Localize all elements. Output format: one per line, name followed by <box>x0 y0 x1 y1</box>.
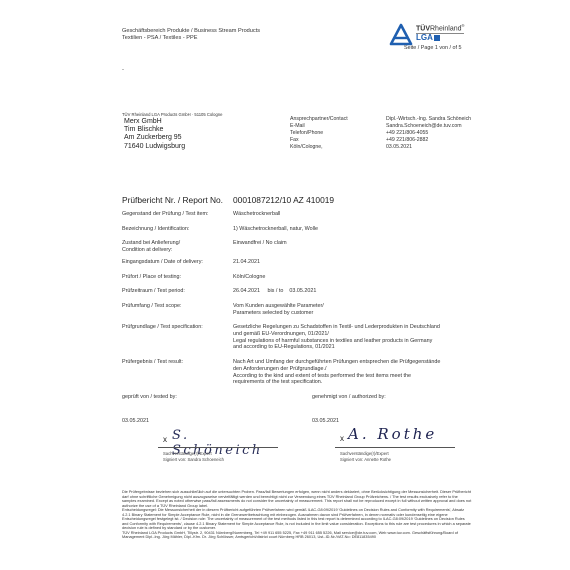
recipient-company: Merx GmbH <box>124 118 185 126</box>
contact-block: Ansprechpartner/Contact Dipl.-Wirtsch.-I… <box>290 116 570 156</box>
field-value: Köln/Cologne <box>233 274 503 281</box>
authorized-signature-line <box>335 447 455 448</box>
contact-date-row: Köln/Cologne, 03.05.2021 <box>290 144 570 151</box>
business-stream-header: Geschäftsbereich Produkte / Business Str… <box>122 28 260 42</box>
brand-bold: TÜV <box>416 25 430 32</box>
recipient-address: Merx GmbH Tim Blischke Am Zuckerberg 95 … <box>124 118 185 151</box>
field-label: Bezeichnung / Identification: <box>122 226 227 233</box>
recipient-person: Tim Blischke <box>124 126 185 134</box>
legal-fine-print: Die Prüfergebnisse beziehen sich ausschl… <box>122 490 472 540</box>
field-label: Prüfort / Place of testing: <box>122 274 227 281</box>
contact-person-row: Ansprechpartner/Contact Dipl.-Wirtsch.-I… <box>290 116 570 123</box>
field-label: Gegenstand der Prüfung / Test item: <box>122 211 227 218</box>
tested-signature-line <box>158 447 278 448</box>
email-link[interactable]: Sandra.Schoeneich@de.tuv.com <box>386 123 570 130</box>
field-label: Eingangsdatum / Date of delivery: <box>122 259 227 266</box>
brand-rest: Rheinland <box>430 25 462 32</box>
contact-fax-row: Fax +49 221/806-2882 <box>290 137 570 144</box>
tested-caption: Sachverständige(r)/Expert Signiert von: … <box>163 451 224 463</box>
authorized-date: 03.05.2021 <box>312 418 339 424</box>
field-value: Nach Art und Umfang der durchgeführten P… <box>233 359 533 386</box>
field-value: Vom Kunden ausgewählte Parameter/ Parame… <box>233 303 503 317</box>
report-title: Prüfbericht Nr. / Report No. <box>122 195 223 205</box>
field-label: Zustand bei Anlieferung/ Condition at de… <box>122 240 227 254</box>
field-label: Prüfergebnis / Test result: <box>122 359 227 366</box>
fax-label: Fax <box>290 137 380 144</box>
header-dash: - <box>122 67 124 73</box>
field-value: 21.04.2021 <box>233 259 503 266</box>
field-value: Einwandfrei / No claim <box>233 240 503 247</box>
place-label: Köln/Cologne, <box>290 144 380 151</box>
field-label: Prüfumfang / Test scope: <box>122 303 227 310</box>
contact-value: Dipl.-Wirtsch.-Ing. Sandra Schöneich <box>386 116 570 123</box>
lga-label: LGA <box>416 33 433 42</box>
field-value: 26.04.2021 bis / to 03.05.2021 <box>233 288 503 295</box>
contact-phone-row: Telefon/Phone +49 221/806-4055 <box>290 130 570 137</box>
tuv-triangle-icon <box>389 23 413 47</box>
registered-mark: ® <box>462 23 465 28</box>
field-value: Gesetzliche Regelungen zu Schadstoffen i… <box>233 324 533 351</box>
signature-mark: x <box>340 434 344 443</box>
field-label: Prüfgrundlage / Test specification: <box>122 324 227 331</box>
fax-value: +49 221/806-2882 <box>386 137 570 144</box>
field-label: Prüfzeitraum / Test period: <box>122 288 227 295</box>
authorized-signature: x A. Rothe <box>338 425 468 447</box>
field-value: 1) Wäschetrocknerball, natur, Wolle <box>233 226 503 233</box>
signature-script: A. Rothe <box>348 425 437 443</box>
authorized-caption: Sachverständige(r)/Expert Signiert von: … <box>340 451 391 463</box>
sender-line: TÜV Rheinland LGA Products GmbH · 51105 … <box>122 112 222 117</box>
recipient-city: 71640 Ludwigsburg <box>124 143 185 151</box>
recipient-street: Am Zuckerberg 95 <box>124 134 185 142</box>
tested-signed-by: Signiert von: Sandra Schoeneich <box>163 457 224 463</box>
lga-box-icon <box>434 35 440 41</box>
tested-by-label: geprüft von / tested by: <box>122 394 177 401</box>
authorized-signed-by: Signiert von: Annette Rothe <box>340 457 391 463</box>
phone-value: +49 221/806-4055 <box>386 130 570 137</box>
email-label: E-Mail <box>290 123 380 130</box>
tested-signature: x S. Schöneich <box>161 427 281 447</box>
header-line-2: Textilien - PSA / Textiles - PPE <box>122 35 260 42</box>
tested-date: 03.05.2021 <box>122 418 149 424</box>
contact-email-row: E-Mail Sandra.Schoeneich@de.tuv.com <box>290 123 570 130</box>
letter-date: 03.05.2021 <box>386 144 570 151</box>
report-number: 0001087212/10 AZ 410019 <box>233 195 334 205</box>
page-indicator: Seite / Page 1 von / of 5 <box>404 45 462 51</box>
phone-label: Telefon/Phone <box>290 130 380 137</box>
header-line-1: Geschäftsbereich Produkte / Business Str… <box>122 28 260 35</box>
contact-label: Ansprechpartner/Contact <box>290 116 380 123</box>
signature-mark: x <box>163 435 167 444</box>
authorized-by-label: genehmigt von / authorized by: <box>312 394 386 401</box>
field-value: Wäschetrocknerball <box>233 211 503 218</box>
